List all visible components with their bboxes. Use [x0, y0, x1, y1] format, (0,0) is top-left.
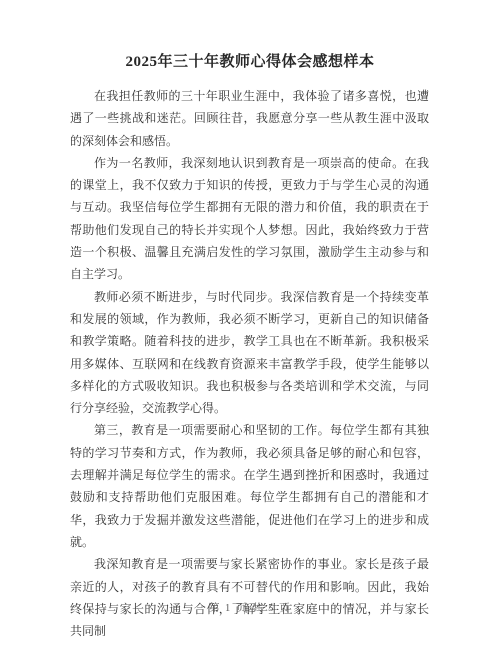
page-number-footer: 第 1 页 共 5 页 [0, 601, 500, 616]
document-title: 2025年三十年教师心得体会感想样本 [0, 52, 500, 73]
paragraph-mission: 作为一名教师，我深刻地认识到教育是一项崇高的使命。在我的课堂上，我不仅致力于知识… [70, 152, 429, 286]
paragraph-intro: 在我担任教师的三十年职业生涯中，我体验了诸多喜悦，也遭遇了一些挑战和迷茫。回顾往… [70, 85, 429, 152]
document-body: 在我担任教师的三十年职业生涯中，我体验了诸多喜悦，也遭遇了一些挑战和迷茫。回顾往… [70, 85, 429, 642]
paragraph-progress: 教师必须不断进步，与时代同步。我深信教育是一个持续变革和发展的领域，作为教师，我… [70, 286, 429, 420]
paragraph-patience: 第三，教育是一项需要耐心和坚韧的工作。每位学生都有其独特的学习节奏和方式，作为教… [70, 419, 429, 553]
paragraph-parents: 我深知教育是一项需要与家长紧密协作的事业。家长是孩子最亲近的人，对孩子的教育具有… [70, 553, 429, 642]
document-page: 2025年三十年教师心得体会感想样本 在我担任教师的三十年职业生涯中，我体验了诸… [0, 0, 500, 647]
